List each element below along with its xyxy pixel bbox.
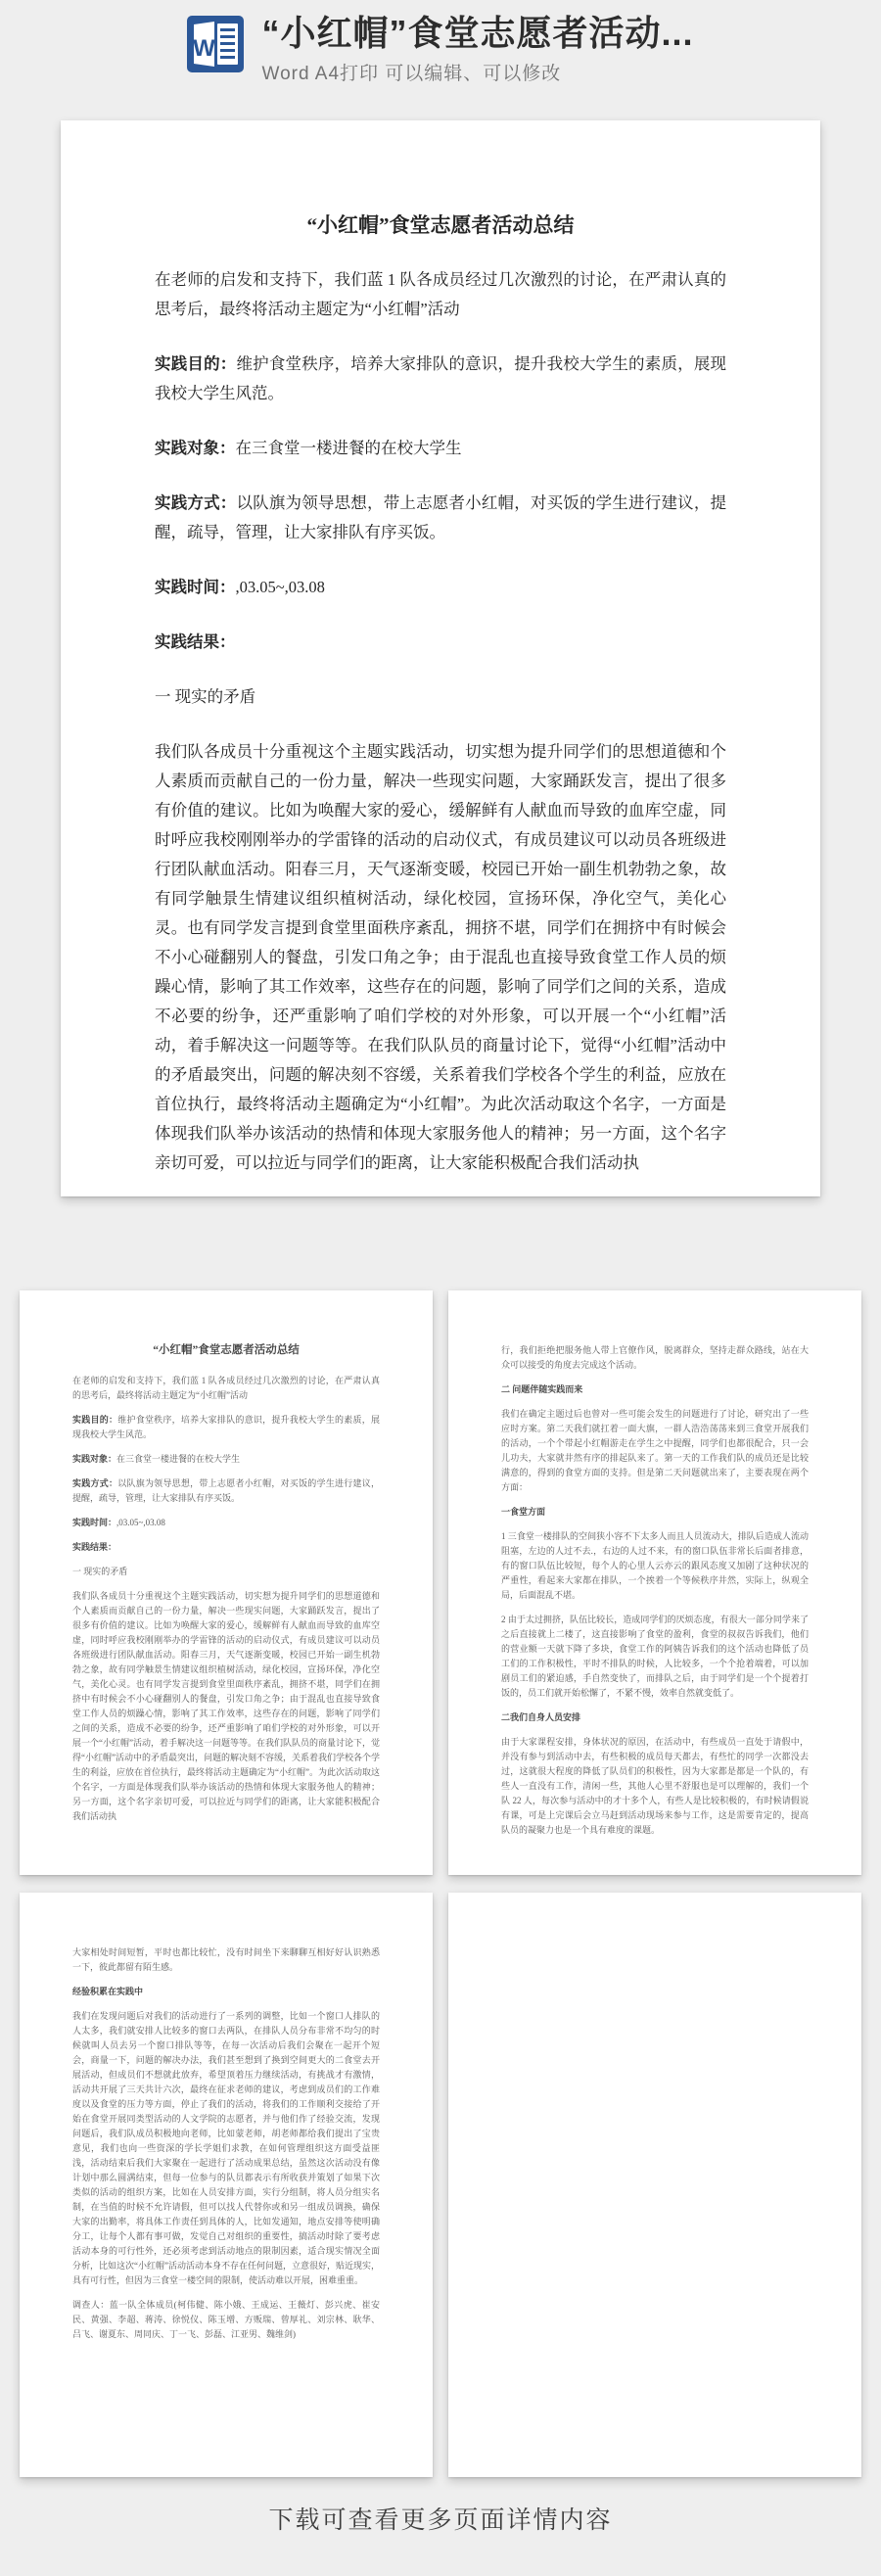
doc-paragraph: 实践时间：,03.05~,03.08 bbox=[72, 1516, 380, 1530]
main-page-preview[interactable]: “小红帽”食堂志愿者活动总结 在老师的启发和支持下，我们蓝 1 队各成员经过几次… bbox=[61, 120, 820, 1196]
doc-paragraph: 行，我们拒绝把服务他人带上官僚作风，脱离群众，坚持走群众路线，站在大众可以接受的… bbox=[501, 1343, 809, 1373]
doc-heading: 一食堂方面 bbox=[501, 1505, 809, 1520]
page-thumbnails-grid: “小红帽”食堂志愿者活动总结 在老师的启发和支持下，我们蓝 1 队各成员经过几次… bbox=[20, 1290, 861, 2477]
document-page-1: “小红帽”食堂志愿者活动总结 在老师的启发和支持下，我们蓝 1 队各成员经过几次… bbox=[61, 120, 820, 1178]
doc-heading: 二 问题伴随实践而来 bbox=[501, 1382, 809, 1397]
header: W “小红帽”食堂志愿者活动... Word A4打印 可以编辑、可以修改 bbox=[0, 0, 881, 85]
doc-paragraph: 实践方式：以队旗为领导思想，带上志愿者小红帽，对买饭的学生进行建议，提醒，疏导，… bbox=[155, 489, 726, 547]
doc-heading: 经验积累在实践中 bbox=[72, 1985, 380, 1999]
footer: 下载可查看更多页面详情内容 bbox=[0, 2501, 881, 2536]
doc-paragraph: 我们在发现问题后对我们的活动进行了一系列的调整，比如一个窗口人排队的人太多，我们… bbox=[72, 2009, 380, 2288]
doc-paragraph: 我们队各成员十分重视这个主题实践活动，切实想为提升同学们的思想道德和个人素质而贡… bbox=[72, 1589, 380, 1824]
doc-paragraph: 一 现实的矛盾 bbox=[155, 682, 726, 712]
page-thumbnail-2[interactable]: 行，我们拒绝把服务他人带上官僚作风，脱离群众，坚持走群众路线，站在大众可以接受的… bbox=[448, 1290, 861, 1875]
doc-heading: 二我们自身人员安排 bbox=[501, 1710, 809, 1725]
doc-paragraph: 大家相处时间短暂，平时也都比较忙，没有时间坐下来聊聊互相好好认识熟悉一下，彼此都… bbox=[72, 1945, 380, 1975]
doc-paragraph: 实践目的：维护食堂秩序，培养大家排队的意识，提升我校大学生的素质，展现我校大学生… bbox=[155, 350, 726, 408]
doc-paragraph: 在老师的启发和支持下，我们蓝 1 队各成员经过几次激烈的讨论，在严肃认真的思考后… bbox=[72, 1374, 380, 1403]
thumb-doc-2: 行，我们拒绝把服务他人带上官僚作风，脱离群众，坚持走群众路线，站在大众可以接受的… bbox=[448, 1290, 861, 1838]
doc-paragraph: 实践目的：维护食堂秩序，培养大家排队的意识，提升我校大学生的素质，展现我校大学生… bbox=[72, 1413, 380, 1442]
doc-paragraph: 1 三食堂一楼排队的空间狭小容不下太多人而且人员流动大，排队后造成人流动阻塞，左… bbox=[501, 1529, 809, 1603]
doc-paragraph: 实践结果： bbox=[155, 628, 726, 657]
svg-text:W: W bbox=[194, 35, 216, 62]
doc-paragraph: 实践结果： bbox=[72, 1540, 380, 1555]
doc-paragraph: 在老师的启发和支持下，我们蓝 1 队各成员经过几次激烈的讨论，在严肃认真的思考后… bbox=[155, 265, 726, 324]
doc-preview-page: { "header": { "icon": "word-file-icon", … bbox=[0, 0, 881, 2576]
thumb-doc-1: “小红帽”食堂志愿者活动总结 在老师的启发和支持下，我们蓝 1 队各成员经过几次… bbox=[20, 1290, 433, 1824]
download-hint-text: 下载可查看更多页面详情内容 bbox=[268, 2506, 612, 2534]
word-file-icon: W bbox=[187, 16, 244, 72]
thumb-doc-3: 大家相处时间短暂，平时也都比较忙，没有时间坐下来聊聊互相好好认识熟悉一下，彼此都… bbox=[20, 1893, 433, 2342]
doc-paragraph: 实践对象：在三食堂一楼进餐的在校大学生 bbox=[155, 434, 726, 463]
page-thumbnail-3[interactable]: 大家相处时间短暂，平时也都比较忙，没有时间坐下来聊聊互相好好认识熟悉一下，彼此都… bbox=[20, 1893, 433, 2477]
doc-paragraph: 一 现实的矛盾 bbox=[72, 1565, 380, 1579]
page-subtitle: Word A4打印 可以编辑、可以修改 bbox=[261, 59, 693, 85]
doc-paragraph: 实践方式：以队旗为领导思想，带上志愿者小红帽，对买饭的学生进行建议，提醒，疏导，… bbox=[72, 1476, 380, 1506]
document-title-small: “小红帽”食堂志愿者活动总结 bbox=[72, 1343, 380, 1358]
doc-paragraph: 实践对象：在三食堂一楼进餐的在校大学生 bbox=[72, 1452, 380, 1467]
doc-paragraph: 调查人：蓝一队全体成员(柯伟健、陈小娥、王成运、王薇灯、彭兴虎、崔安民、黄强、李… bbox=[72, 2298, 380, 2342]
doc-paragraph: 2 由于太过拥挤，队伍比较长，造成同学们的厌烦态度，有很大一部分同学来了之后直接… bbox=[501, 1613, 809, 1701]
doc-paragraph: 我们在确定主题过后也曾对一些可能会发生的问题进行了讨论，研究出了一些应时方案。第… bbox=[501, 1407, 809, 1495]
page-thumbnail-4[interactable] bbox=[448, 1893, 861, 2477]
page-title: “小红帽”食堂志愿者活动... bbox=[261, 14, 693, 53]
page-thumbnail-1[interactable]: “小红帽”食堂志愿者活动总结 在老师的启发和支持下，我们蓝 1 队各成员经过几次… bbox=[20, 1290, 433, 1875]
thumb-doc-4 bbox=[448, 1893, 861, 1945]
doc-paragraph: 由于大家课程安排，身体状况的原因，在活动中，有些成员一直处于请假中，并没有参与到… bbox=[501, 1735, 809, 1838]
doc-paragraph: 实践时间：,03.05~,03.08 bbox=[155, 573, 726, 602]
document-title: “小红帽”食堂志愿者活动总结 bbox=[155, 211, 726, 240]
doc-paragraph: 我们队各成员十分重视这个主题实践活动，切实想为提升同学们的思想道德和个人素质而贡… bbox=[155, 737, 726, 1178]
